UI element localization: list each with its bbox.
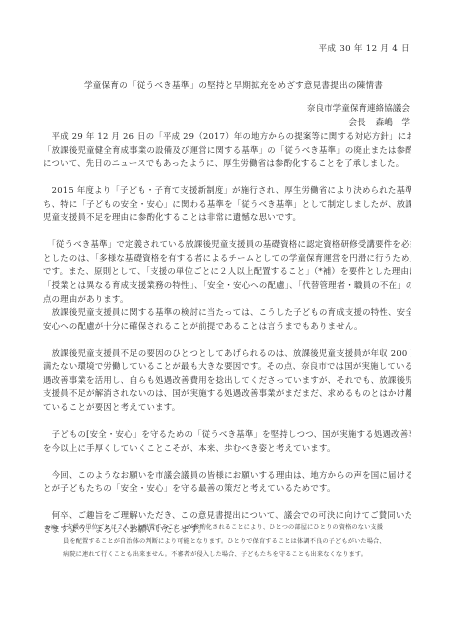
document-title: 学童保育の「従うべき基準」の堅持と早期拡充をめざす意見書提出の陳情書 (84, 79, 383, 91)
paragraph-spacer (43, 414, 411, 428)
organization-name: 奈良市学童保育連絡協議会 (307, 103, 410, 117)
text-line: ち、特に「子どもの安全・安心」に関わる基準を「従うべき基準」として制定しましたが… (43, 198, 411, 212)
footnote-line: (*補)「支援の単位ごとに２人以上配置すること」が参酌化されることにより、ひとつ… (46, 521, 411, 535)
text-line: 安心への配慮が十分に確保されることが前提であることは言うまでもありません。 (43, 320, 411, 334)
text-line: 点の理由があります。 (43, 293, 411, 307)
text-line: 放課後児童支援員に関する基準の検討に当たっては、こうした子どもの育成支援の特性、… (43, 306, 411, 320)
document-page: 平成 30 年 12 月 4 日 学童保育の「従うべき基準」の堅持と早期拡充をめ… (0, 0, 453, 640)
text-line: 支援員不足が解消されないのは、国が実施する処遇改善事業がまだまだ、求めるものとは… (43, 387, 411, 401)
text-line: を今以上に手厚くしていくことこそが、本来、歩むべき姿と考えています。 (43, 442, 411, 456)
paragraph-3: 「従うべき基準」で定義されている放課後児童支援員の基礎資格に認定資格研修受講要件… (43, 238, 411, 306)
text-line: 遇改善事業を活用し、自らも処遇改善費用を捻出してくださっていますが、それでも、放… (43, 374, 411, 388)
text-line: とが子どもたちの「安全・安心」を守る最善の策だと考えているためです。 (43, 482, 411, 496)
text-line: ていることが要因と考えています。 (43, 401, 411, 415)
paragraph-spacer (43, 455, 411, 469)
footnote-line: 病院に連れて行くことも出来ません。不審者が侵入した場合、子どもたちを守ることも出… (46, 548, 411, 561)
signature-block: 奈良市学童保育連絡協議会 会長森嶋 学 (307, 103, 410, 130)
paragraph-spacer (43, 225, 411, 239)
paragraph-6: 子どもの[安全・安心」を守るための「従うべき基準」を堅持しつつ、国が実施する処遇… (43, 428, 411, 455)
representative-name: 森嶋 学 (376, 118, 410, 128)
document-date: 平成 30 年 12 月 4 日 (319, 42, 411, 54)
text-line: です。また、原則として、「支援の単位ごとに２人以上配置すること」（*補）を要件と… (43, 265, 411, 279)
paragraph-5: 放課後児童支援員不足の要因のひとつとしてあげられるのは、放課後児童支援員が年収 … (43, 347, 411, 415)
text-line: 児童支援員不足を理由に参酌化することは非常に遺憾な思いです。 (43, 211, 411, 225)
paragraph-spacer (43, 171, 411, 185)
paragraph-7: 今回、このようなお願いを市議会議員の皆様にお願いする理由は、地方からの声を国に届… (43, 469, 411, 496)
footnote: (*補)「支援の単位ごとに２人以上配置すること」が参酌化されることにより、ひとつ… (46, 521, 411, 561)
text-line: 2015 年度より「子ども・子育て支援新制度」が施行され、厚生労働省により決めら… (43, 184, 411, 198)
paragraph-4: 放課後児童支援員に関する基準の検討に当たっては、こうした子どもの育成支援の特性、… (43, 306, 411, 333)
text-line: 子どもの[安全・安心」を守るための「従うべき基準」を堅持しつつ、国が実施する処遇… (43, 428, 411, 442)
text-line: について、先日のニュースでもあったように、厚生労働省は参酌化することを了承しまし… (43, 157, 411, 171)
paragraph-1: 平成 29 年 12 月 26 日の「平成 29（2017）年の地方からの提案等… (43, 130, 411, 171)
text-line: 満たない環境で労働していることが最も大きな要因です。その点、奈良市では国が実施し… (43, 360, 411, 374)
footnote-line: 員を配置することが自治体の判断により可能となります。ひとりで保育することは体調不… (46, 535, 411, 548)
text-line: 「授業とは異なる育成支援業務の特性」、「安全・安心への配慮」、「代替管理者・職員… (43, 279, 411, 293)
representative-role: 会長 (348, 118, 365, 128)
text-line: 今回、このようなお願いを市議会議員の皆様にお願いする理由は、地方からの声を国に届… (43, 469, 411, 483)
paragraph-spacer (43, 333, 411, 347)
document-body: 平成 29 年 12 月 26 日の「平成 29（2017）年の地方からの提案等… (43, 130, 411, 536)
text-line: 平成 29 年 12 月 26 日の「平成 29（2017）年の地方からの提案等… (43, 130, 411, 144)
paragraph-2: 2015 年度より「子ども・子育て支援新制度」が施行され、厚生労働省により決めら… (43, 184, 411, 225)
footnote-marker: (*補) (46, 525, 58, 531)
text-line: 「放課後児童健全育成事業の設備及び運営に関する基準」の「従うべき基準」の廃止また… (43, 144, 411, 158)
footnote-text: 「支援の単位ごとに２人以上配置すること」が参酌化されることにより、ひとつの部屋に… (60, 524, 383, 531)
text-line: 放課後児童支援員不足の要因のひとつとしてあげられるのは、放課後児童支援員が年収 … (43, 347, 411, 361)
text-line: としたのは、「多様な基礎資格を有する者によるチームとしての学童保育運営を円滑に行… (43, 252, 411, 266)
paragraph-spacer (43, 496, 411, 510)
text-line: 「従うべき基準」で定義されている放課後児童支援員の基礎資格に認定資格研修受講要件… (43, 238, 411, 252)
representative: 会長森嶋 学 (307, 117, 410, 131)
